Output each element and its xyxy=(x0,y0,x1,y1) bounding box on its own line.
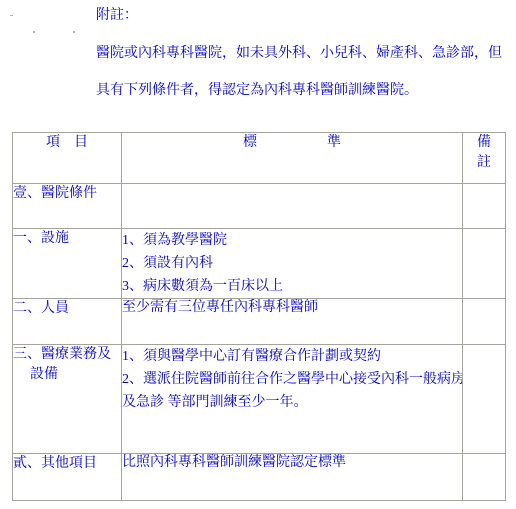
item-cell: 三、醫療業務及 設備 xyxy=(13,345,122,454)
item-label: 貳、其他項目 xyxy=(13,454,121,474)
standard-cell: 1、須為教學醫院 2、須設有內科 3、病床數須為一百床以上 xyxy=(122,229,463,299)
scan-artifact-dot xyxy=(33,31,35,33)
table-row-medical-services-equipment: 三、醫療業務及 設備 1、須與醫學中心訂有醫療合作計劃或契約 2、選派住院醫師前… xyxy=(13,345,506,454)
standard-cell: 1、須與醫學中心訂有醫療合作計劃或契約 2、選派住院醫師前往合作之醫學中心接受內… xyxy=(122,345,463,454)
scan-artifact-dot xyxy=(73,31,75,33)
intro-note: 附註： 醫院或內科專科醫院，如未具外科、小兒科、婦產科、急診部，但 具有下列條件… xyxy=(96,0,502,110)
item-label: 三、醫療業務及 xyxy=(13,345,121,365)
standard-line: 1、須與醫學中心訂有醫療合作計劃或契約 xyxy=(122,345,462,368)
item-label: 壹、醫院條件 xyxy=(13,184,121,204)
remark-cell xyxy=(463,345,506,454)
item-cell: 二、人員 xyxy=(13,299,122,345)
standard-line: 至少需有三位專任內科專科醫師 xyxy=(122,299,462,316)
standard-line: 2、選派住院醫師前往合作之醫學中心接受內科一般病房 xyxy=(122,368,462,391)
header-remark-char-2: 註 xyxy=(463,153,505,173)
header-cell-standard: 標 準 xyxy=(122,133,463,184)
table-header-row: 項 目 標 準 備 註 xyxy=(13,133,506,184)
note-text-line-2: 具有下列條件者，得認定為內科專科醫師訓練醫院。 xyxy=(96,72,502,110)
standard-cell: 比照內科專科醫師訓練醫院認定標準 xyxy=(122,454,463,501)
note-label: 附註： xyxy=(96,0,502,35)
table-row-hospital-conditions: 壹、醫院條件 xyxy=(13,184,506,229)
header-cell-remark: 備 註 xyxy=(463,133,506,184)
item-cell: 貳、其他項目 xyxy=(13,454,122,501)
item-label: 一、設施 xyxy=(13,229,121,249)
criteria-table: 項 目 標 準 備 註 壹、醫院條件 一、設施 1、須為教學醫院 2、須設有內科… xyxy=(12,132,506,501)
standard-line: 1、須為教學醫院 xyxy=(122,229,462,252)
item-label: 二、人員 xyxy=(13,299,121,319)
table-row-other-items: 貳、其他項目 比照內科專科醫師訓練醫院認定標準 xyxy=(13,454,506,501)
standard-line: 比照內科專科醫師訓練醫院認定標準 xyxy=(122,454,462,471)
standard-line: 2、須設有內科 xyxy=(122,252,462,275)
table-row-personnel: 二、人員 至少需有三位專任內科專科醫師 xyxy=(13,299,506,345)
item-cell: 壹、醫院條件 xyxy=(13,184,122,229)
remark-cell xyxy=(463,299,506,345)
header-remark-char-1: 備 xyxy=(463,133,505,153)
standard-line: 3、病床數須為一百床以上 xyxy=(122,275,462,298)
item-cell: 一、設施 xyxy=(13,229,122,299)
header-cell-item: 項 目 xyxy=(13,133,122,184)
note-text-line-1: 醫院或內科專科醫院，如未具外科、小兒科、婦產科、急診部，但 xyxy=(96,35,502,73)
item-label-line-2: 設備 xyxy=(13,365,121,385)
standard-line: 及急診 等部門訓練至少一年。 xyxy=(122,391,462,414)
standard-cell: 至少需有三位專任內科專科醫師 xyxy=(122,299,463,345)
scan-artifact-dot xyxy=(10,15,13,16)
remark-cell xyxy=(463,229,506,299)
table-row-facilities: 一、設施 1、須為教學醫院 2、須設有內科 3、病床數須為一百床以上 xyxy=(13,229,506,299)
standard-cell xyxy=(122,184,463,229)
remark-cell xyxy=(463,454,506,501)
document-page: 附註： 醫院或內科專科醫院，如未具外科、小兒科、婦產科、急診部，但 具有下列條件… xyxy=(0,0,516,509)
remark-cell xyxy=(463,184,506,229)
